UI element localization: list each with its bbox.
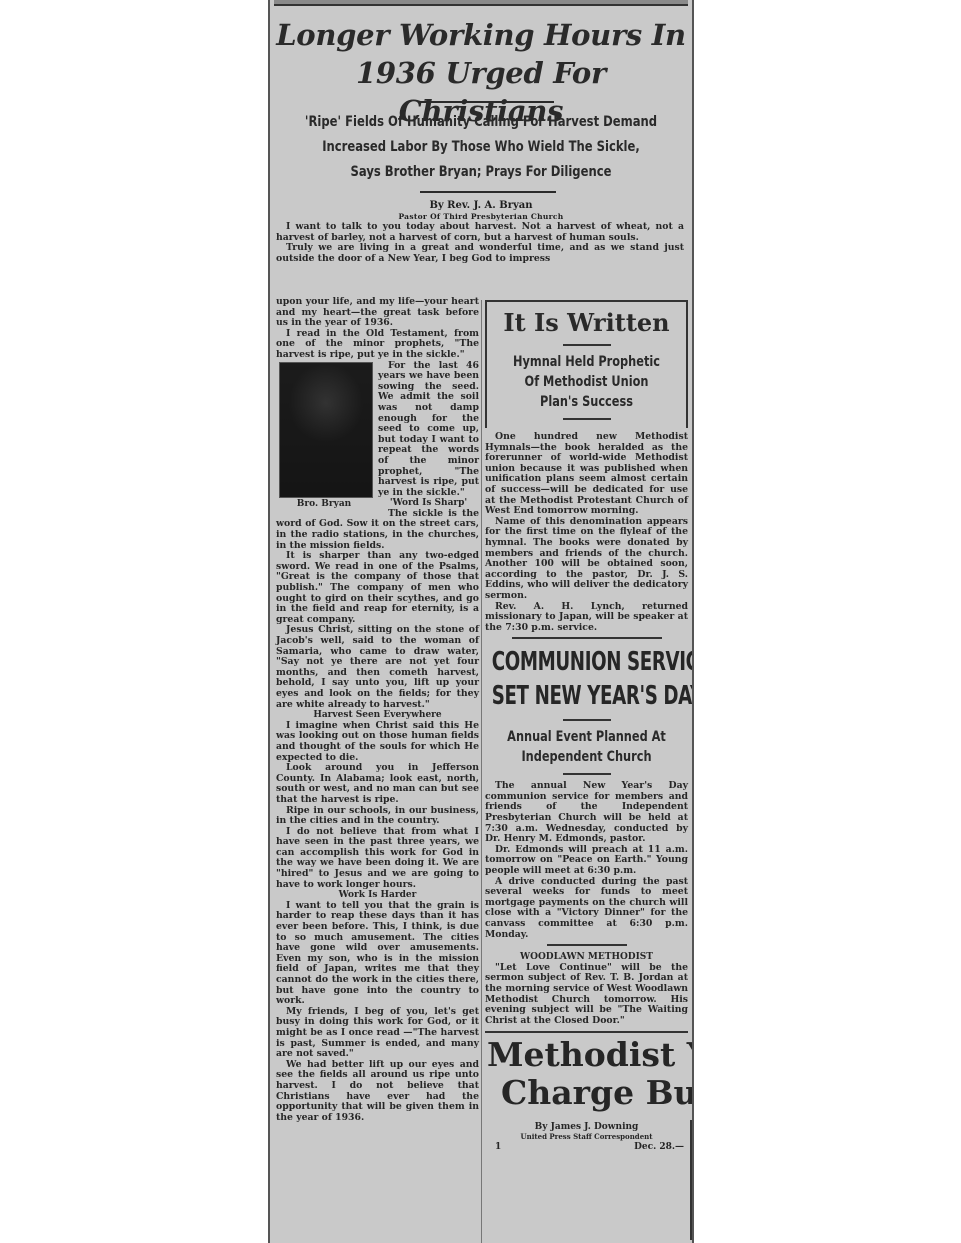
top-rule xyxy=(274,4,688,6)
methodist-headline: Methodist Yo Charge But xyxy=(487,1036,688,1112)
paragraph: One hundred new Methodist Hymnals—the bo… xyxy=(485,432,688,517)
deck-line: Of Methodist Union xyxy=(501,372,673,392)
paragraph: Look around you in Jefferson County. In … xyxy=(276,763,479,805)
byline-name: By Rev. J. A. Bryan xyxy=(270,200,692,211)
deck-line-1: 'Ripe' Fields Of Humanity Calling For Ha… xyxy=(292,110,669,135)
communion-deck: Annual Event Planned At Independent Chur… xyxy=(495,727,678,767)
byline-name: By James J. Downing xyxy=(485,1122,688,1132)
dateline-place: 1 xyxy=(495,1142,501,1153)
paragraph: I imagine when Christ said this He was l… xyxy=(276,721,479,763)
paragraph: Name of this denomination appears for th… xyxy=(485,517,688,602)
intro-paragraph: I want to talk to you today about harves… xyxy=(276,222,684,243)
rule xyxy=(563,418,611,420)
woodlawn-paragraph: "Let Love Continue" will be the sermon s… xyxy=(485,963,688,1027)
paragraph: I do not believe that from what I have s… xyxy=(276,827,479,891)
portrait-photo xyxy=(279,362,373,498)
dateline-date: Dec. 28.— xyxy=(634,1142,684,1153)
deck-line: Independent Church xyxy=(495,747,678,767)
deck-line-2: Increased Labor By Those Who Wield The S… xyxy=(292,135,669,160)
main-article-column: upon your life, and my life—your heart a… xyxy=(276,297,479,1123)
intro-paragraph: Truly we are living in a great and wonde… xyxy=(276,243,684,264)
intro-text: I want to talk to you today about harves… xyxy=(276,222,684,264)
deck-line: Hymnal Held Prophetic xyxy=(501,352,673,372)
paragraph: The annual New Year's Day communion serv… xyxy=(485,781,688,845)
deck-line: Plan's Success xyxy=(501,392,673,412)
paragraph: The sickle is the word of God. Sow it on… xyxy=(276,509,479,551)
paragraph: Dr. Edmonds will preach at 11 a.m. tomor… xyxy=(485,845,688,877)
paragraph: upon your life, and my life—your heart a… xyxy=(276,297,479,329)
paragraph: My friends, I beg of you, let's get busy… xyxy=(276,1007,479,1060)
hymnal-title: It Is Written xyxy=(491,308,682,338)
headline-line: SET NEW YEAR'S DAY xyxy=(492,679,682,713)
rule xyxy=(563,773,611,775)
headline-rule xyxy=(418,101,554,103)
headline-line: COMMUNION SERVICE xyxy=(492,645,682,679)
paragraph: Rev. A. H. Lynch, returned missionary to… xyxy=(485,602,688,634)
paragraph: It is sharper than any two-edged sword. … xyxy=(276,551,479,625)
communion-body: The annual New Year's Day communion serv… xyxy=(485,781,688,940)
rule xyxy=(547,944,627,946)
main-deck: 'Ripe' Fields Of Humanity Calling For Ha… xyxy=(292,110,669,185)
hymnal-deck: Hymnal Held Prophetic Of Methodist Union… xyxy=(501,352,673,412)
paragraph: I read in the Old Testament, from one of… xyxy=(276,329,479,361)
paragraph: A drive conducted during the past severa… xyxy=(485,877,688,941)
byline-title: United Press Staff Correspondent xyxy=(485,1132,688,1142)
clip-edge xyxy=(690,1120,693,1240)
rule xyxy=(563,719,611,721)
dateline: 1 Dec. 28.— xyxy=(485,1142,688,1153)
paragraph: Ripe in our schools, in our business, in… xyxy=(276,806,479,827)
article-sections: 'Word Is Sharp'The sickle is the word of… xyxy=(276,498,479,1123)
headline-line: Charge But xyxy=(501,1074,688,1112)
paragraph: We had better lift up our eyes and see t… xyxy=(276,1060,479,1124)
rule xyxy=(512,637,662,639)
photo-caption: Bro. Bryan xyxy=(276,499,372,510)
headline-line: Methodist Yo xyxy=(487,1036,688,1074)
portrait-figure: Bro. Bryan xyxy=(276,362,372,510)
hymnal-body: One hundred new Methodist Hymnals—the bo… xyxy=(485,432,688,633)
right-column: It Is Written Hymnal Held Prophetic Of M… xyxy=(485,300,688,1153)
main-byline: By Rev. J. A. Bryan Pastor Of Third Pres… xyxy=(270,200,692,222)
methodist-byline: By James J. Downing United Press Staff C… xyxy=(485,1122,688,1142)
newspaper-clipping: Longer Working Hours In 1936 Urged For C… xyxy=(268,0,694,1243)
deck-line: Annual Event Planned At xyxy=(495,727,678,747)
column-divider xyxy=(481,300,482,1243)
hymnal-headline-box: It Is Written Hymnal Held Prophetic Of M… xyxy=(485,300,688,428)
paragraph: Jesus Christ, sitting on the stone of Ja… xyxy=(276,625,479,710)
deck-rule xyxy=(420,191,556,193)
deck-line-3: Says Brother Bryan; Prays For Diligence xyxy=(292,160,669,185)
rule xyxy=(485,1031,688,1033)
communion-headline: COMMUNION SERVICE SET NEW YEAR'S DAY xyxy=(492,645,682,713)
rule xyxy=(563,344,611,346)
headline-line-1: Longer Working Hours In xyxy=(274,16,688,54)
paragraph: I want to tell you that the grain is har… xyxy=(276,901,479,1007)
